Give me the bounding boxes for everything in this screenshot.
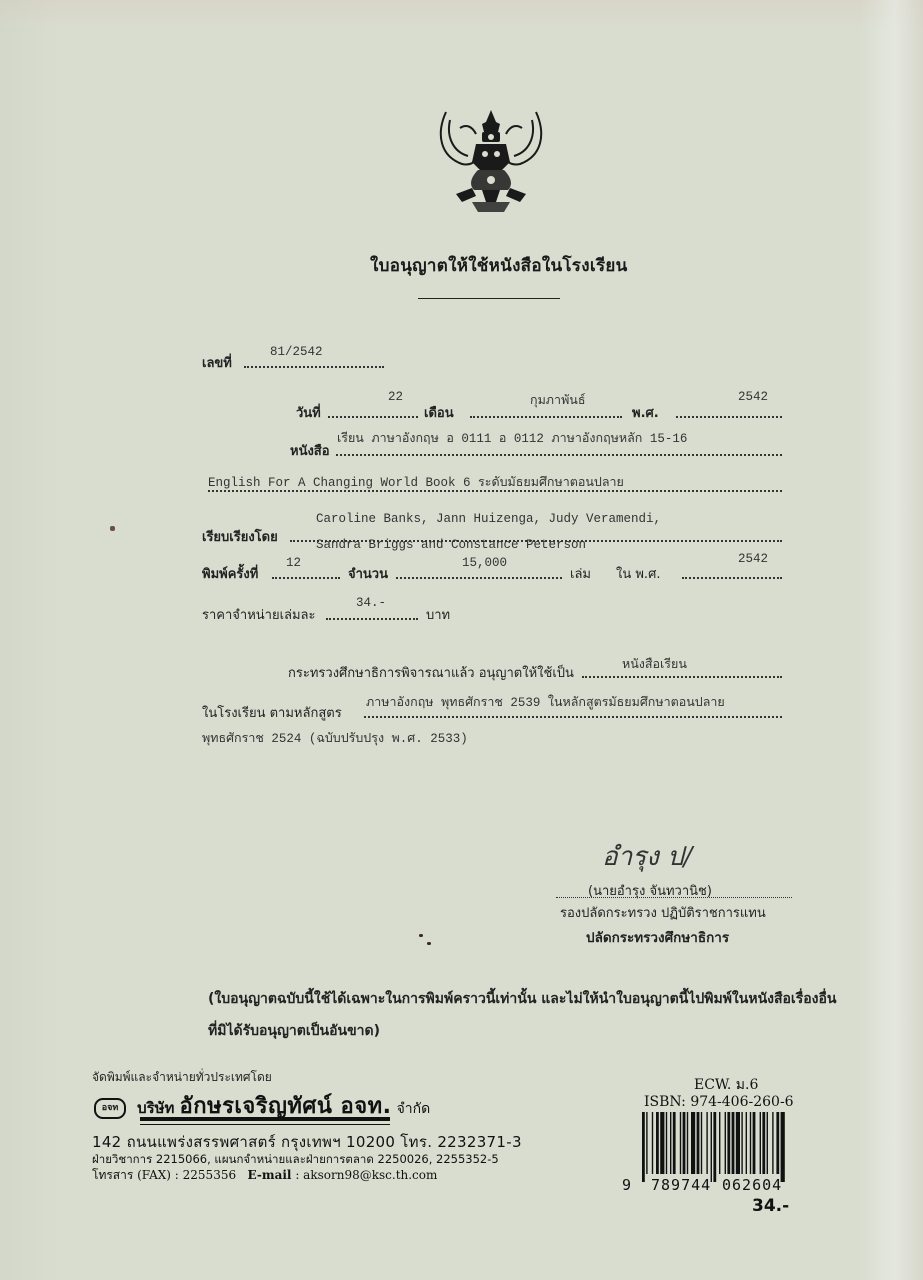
usage-note-line-1: (ใบอนุญาตฉบับนี้ใช้ได้เฉพาะในการพิมพ์ครา…: [208, 988, 836, 1010]
book-label: หนังสือ: [290, 440, 330, 461]
authors-label: เรียบเรียงโดย: [202, 526, 278, 547]
edition-dotline: [272, 577, 340, 579]
paper-speck: [110, 526, 115, 531]
publisher-rule-thin: [140, 1124, 390, 1125]
quantity-unit-label: เล่ม: [570, 563, 591, 584]
price-dotline: [326, 618, 418, 620]
company-suffix: จำกัด: [397, 1101, 431, 1117]
cover-price: 34.-: [752, 1196, 789, 1216]
date-year-dotline: [676, 416, 782, 418]
print-year-label: ใน พ.ศ.: [616, 563, 660, 584]
price-label: ราคาจำหน่ายเล่มละ: [202, 604, 316, 625]
date-day-value: 22: [388, 390, 403, 404]
book-line-1: เรียน ภาษาอังกฤษ อ 0111 อ 0112 ภาษาอังกฤ…: [337, 428, 687, 448]
edition-label: พิมพ์ครั้งที่: [202, 563, 258, 584]
school-curriculum-label: ในโรงเรียน ตามหลักสูตร: [202, 702, 342, 723]
email-address: : aksorn98@ksc.th.com: [295, 1168, 437, 1182]
approval-value: หนังสือเรียน: [622, 654, 687, 674]
print-year-dotline: [682, 577, 782, 579]
curriculum-dotline: [364, 716, 782, 718]
publisher-logo-icon: อจท: [94, 1098, 126, 1119]
price-value: 34.-: [356, 596, 386, 610]
signature-scribble: อำรุง ป/: [602, 836, 692, 877]
date-day-dotline: [328, 416, 418, 418]
price-unit: บาท: [426, 604, 450, 625]
document-title: ใบอนุญาตให้ใช้หนังสือในโรงเรียน: [370, 252, 628, 279]
date-month-value: กุมภาพันธ์: [530, 390, 585, 410]
company-name: อักษรเจริญทัศน์ อจท.: [180, 1094, 392, 1119]
edition-value: 12: [286, 556, 301, 570]
title-underline: [418, 298, 560, 299]
company-prefix: บริษัท: [137, 1099, 174, 1117]
authors-line-1: Caroline Banks, Jann Huizenga, Judy Vera…: [316, 512, 661, 526]
book-dotline-2: [208, 490, 782, 492]
date-year-label: พ.ศ.: [632, 402, 659, 423]
print-year-value: 2542: [738, 552, 768, 566]
date-month-label: เดือน: [424, 402, 454, 423]
isbn: ISBN: 974-406-260-6: [644, 1094, 794, 1110]
license-no-dotline: [244, 366, 384, 368]
barcode-digit-first: 9: [622, 1176, 631, 1194]
curriculum-line-2: พุทธศักราช 2524 (ฉบับปรับปรุง พ.ศ. 2533): [202, 728, 468, 748]
garuda-emblem-icon: [432, 104, 550, 216]
curriculum-value: ภาษาอังกฤษ พุทธศักราช 2539 ในหลักสูตรมัธ…: [366, 692, 725, 712]
quantity-value: 15,000: [462, 556, 507, 570]
date-month-dotline: [470, 416, 622, 418]
fax-number: โทรสาร (FAX) : 2255356: [92, 1168, 236, 1182]
product-code: ECW. ม.6: [694, 1074, 758, 1096]
approval-text: กระทรวงศึกษาธิการพิจารณาแล้ว อนุญาตให้ใช…: [288, 662, 574, 683]
publisher-rule-thick: [140, 1117, 390, 1121]
license-no-value: 81/2542: [270, 345, 323, 359]
email-label: E-mail: [248, 1168, 292, 1182]
barcode-icon: [640, 1112, 788, 1182]
quantity-dotline: [396, 577, 562, 579]
authors-line-2: Sandra Briggs and Constance Peterson: [316, 538, 586, 552]
barcode-digits-left: 789744: [651, 1176, 711, 1194]
book-line-2: English For A Changing World Book 6 ระดั…: [208, 472, 624, 492]
date-day-label: วันที่: [296, 402, 321, 423]
book-dotline-1: [336, 454, 782, 456]
usage-note-line-2: ที่มิได้รับอนุญาตเป็นอันขาด): [208, 1020, 380, 1042]
quantity-label: จำนวน: [348, 563, 388, 584]
license-no-label: เลขที่: [202, 352, 232, 373]
publisher-tagline: จัดพิมพ์และจำหน่ายทั่วประเทศโดย: [92, 1068, 272, 1087]
paper-speck: [427, 942, 431, 945]
signatory-position-2: ปลัดกระทรวงศึกษาธิการ: [586, 926, 729, 948]
barcode-digits-right: 062604: [722, 1176, 782, 1194]
date-year-value: 2542: [738, 390, 768, 404]
approval-dotline: [582, 676, 782, 678]
signature-dotline: [556, 897, 792, 898]
paper-speck: [419, 934, 423, 937]
signatory-position-1: รองปลัดกระทรวง ปฏิบัติราชการแทน: [560, 902, 766, 923]
publisher-contact: โทรสาร (FAX) : 2255356 E-mail : aksorn98…: [92, 1166, 437, 1185]
